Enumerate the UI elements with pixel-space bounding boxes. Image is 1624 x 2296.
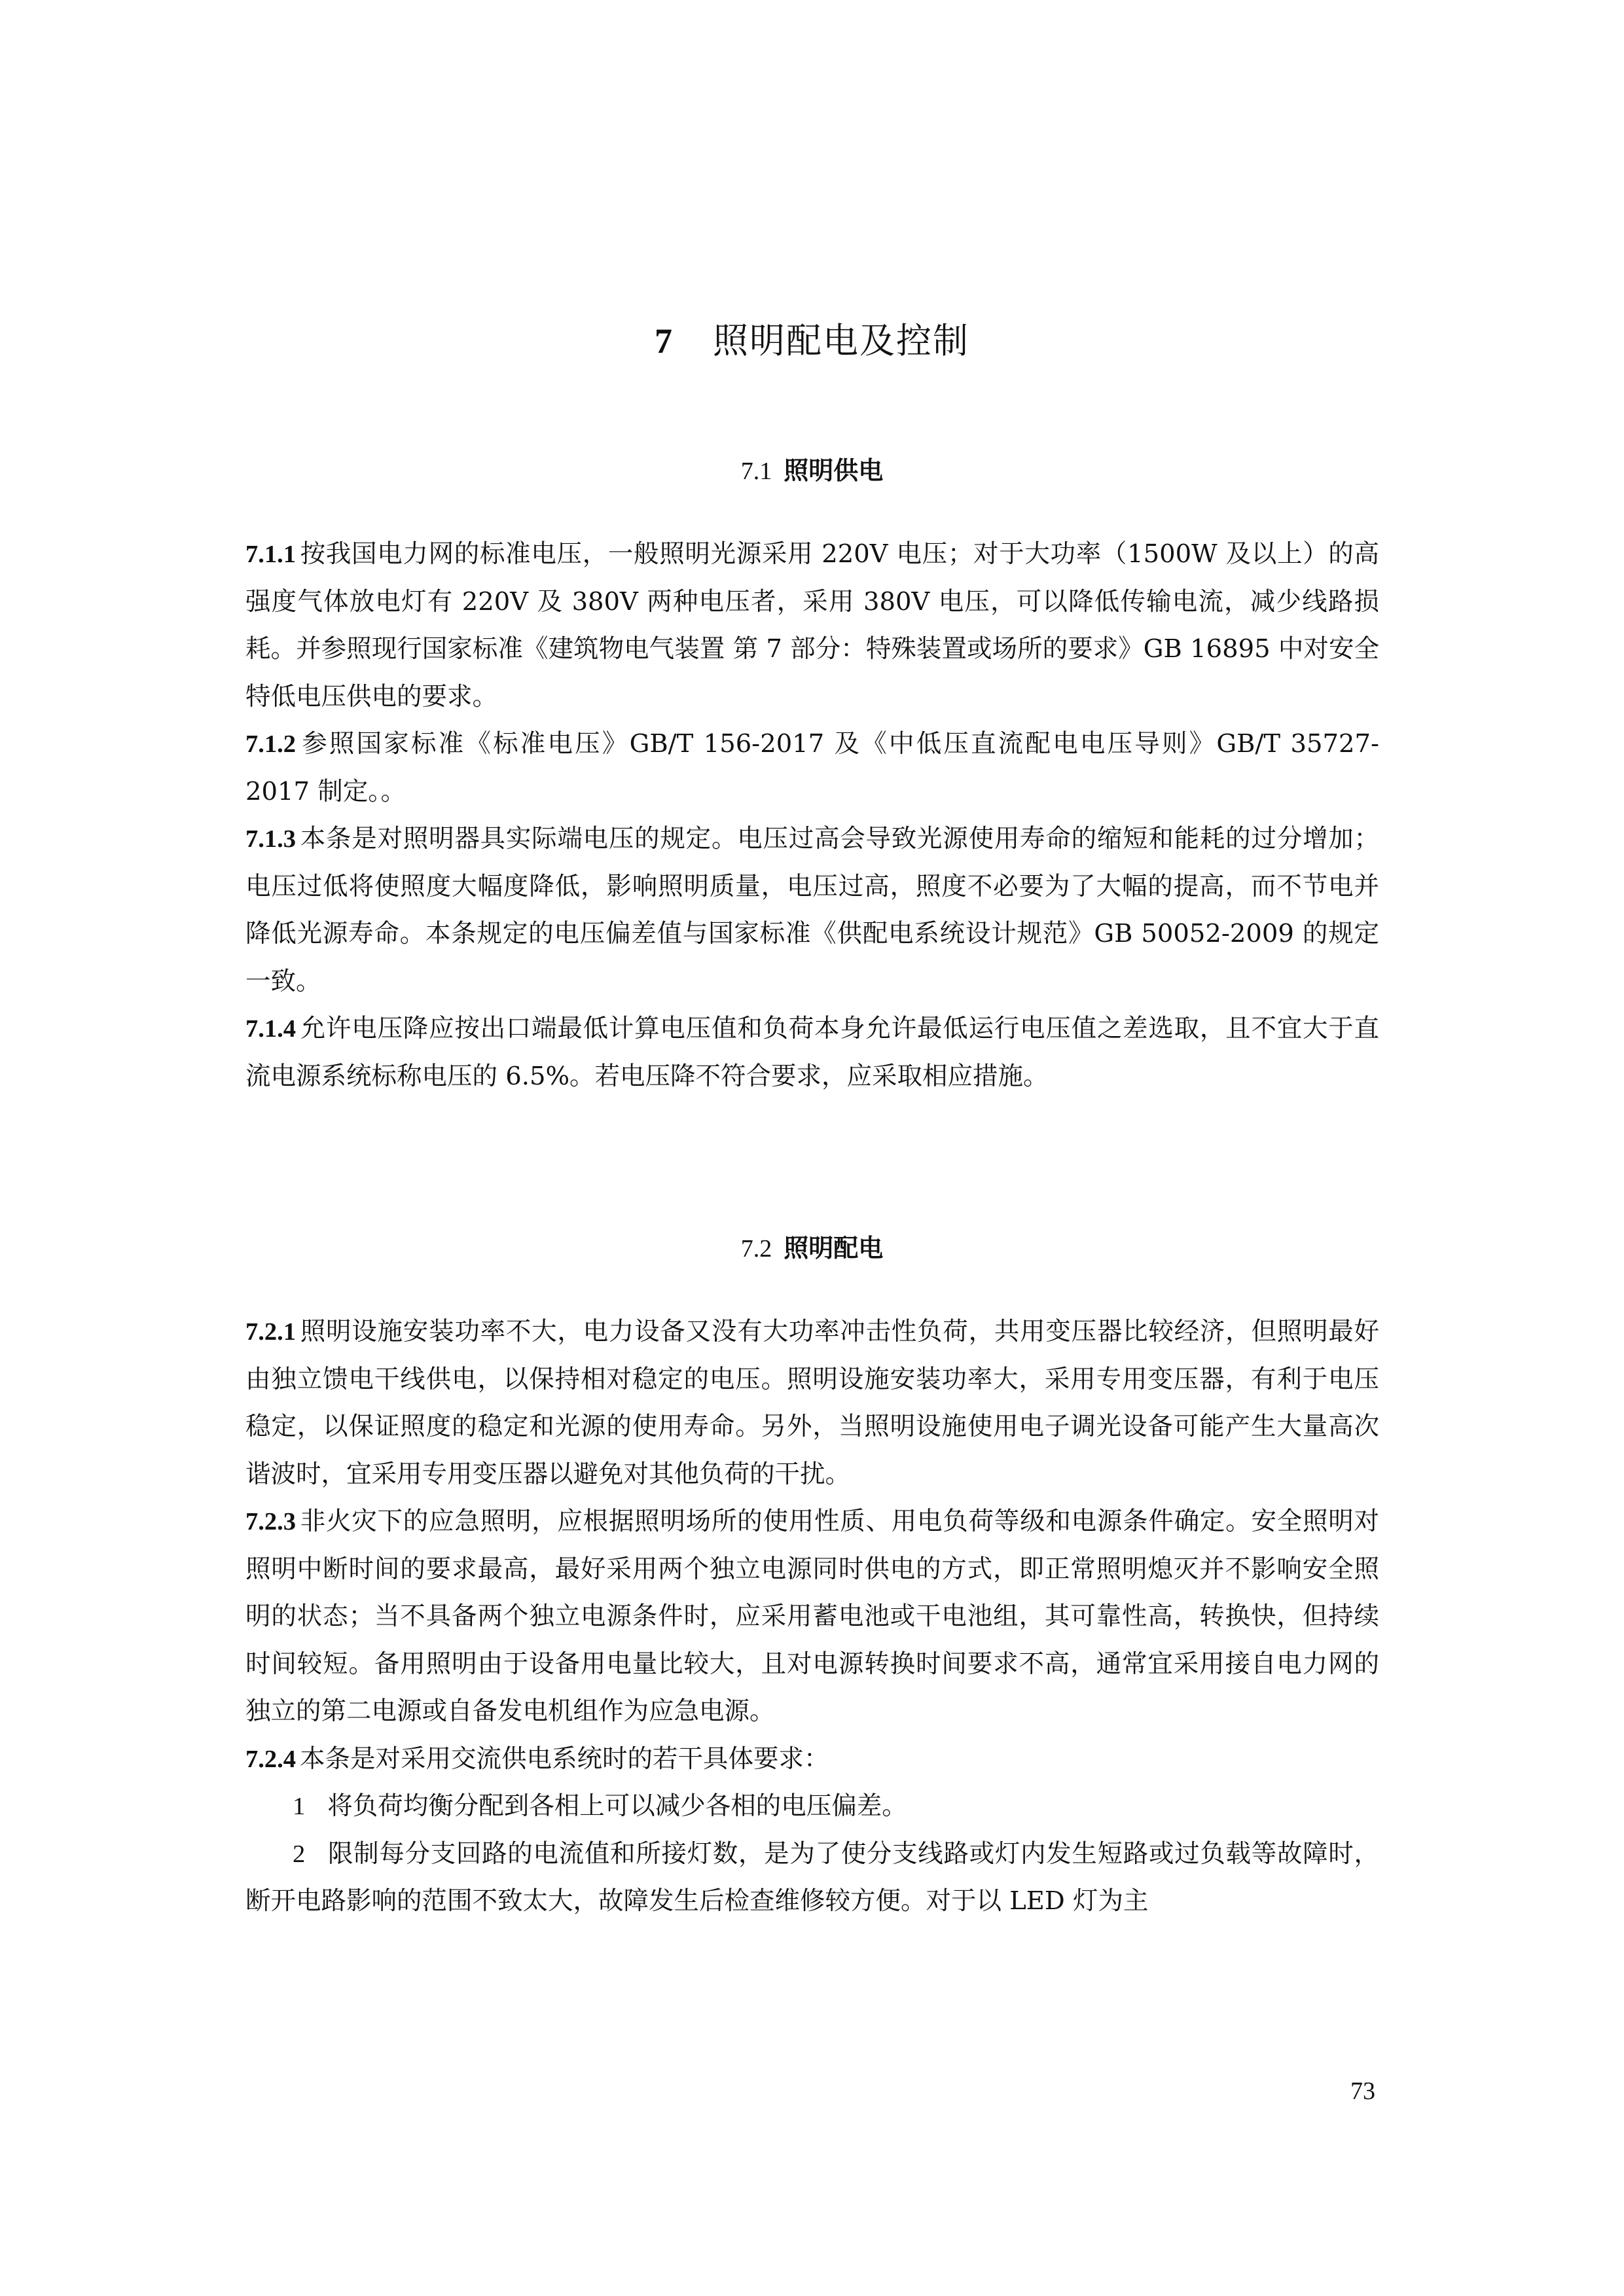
section-number: 7.2 xyxy=(741,1235,772,1263)
section-title-text: 照明配电 xyxy=(784,1234,883,1263)
chapter-title-text: 照明配电及控制 xyxy=(713,320,969,361)
clause-7-2-4-item-1: 1将负荷均衡分配到各相上可以减少各相的电压偏差。 xyxy=(245,1783,1379,1831)
clause-number: 7.1.3 xyxy=(245,825,296,853)
section-body-7-2: 7.2.1照明设施安装功率不大，电力设备又没有大功率冲击性负荷，共用变压器比较经… xyxy=(245,1308,1379,1926)
section-title-text: 照明供电 xyxy=(784,456,883,485)
clause-number: 7.2.3 xyxy=(245,1508,296,1535)
clause-7-2-4-item-2: 2限制每分支回路的电流值和所接灯数，是为了使分支线路或灯内发生短路或过负载等故障… xyxy=(245,1831,1379,1926)
section-body-7-1: 7.1.1按我国电力网的标准电压，一般照明光源采用 220V 电压；对于大功率（… xyxy=(245,531,1379,1100)
item-text: 限制每分支回路的电流值和所接灯数，是为了使分支线路或灯内发生短路或过负载等故障时… xyxy=(245,1839,1379,1916)
item-number: 1 xyxy=(293,1793,305,1820)
chapter-title: 7照明配电及控制 xyxy=(0,313,1624,363)
clause-number: 7.1.1 xyxy=(245,541,296,568)
clause-7-1-1: 7.1.1按我国电力网的标准电压，一般照明光源采用 220V 电压；对于大功率（… xyxy=(245,531,1379,721)
clause-number: 7.1.4 xyxy=(245,1015,296,1043)
section-title-7-1: 7.1照明供电 xyxy=(0,450,1624,486)
section-number: 7.1 xyxy=(741,457,772,485)
item-number: 2 xyxy=(293,1840,305,1868)
clause-number: 7.2.1 xyxy=(245,1318,296,1346)
clause-text: 本条是对采用交流供电系统时的若干具体要求： xyxy=(300,1744,829,1774)
chapter-number: 7 xyxy=(655,321,674,361)
clause-text: 按我国电力网的标准电压，一般照明光源采用 220V 电压；对于大功率（1500W… xyxy=(245,539,1379,711)
clause-7-2-4: 7.2.4本条是对采用交流供电系统时的若干具体要求： xyxy=(245,1736,1379,1784)
clause-number: 7.1.2 xyxy=(245,730,296,758)
page-number: 73 xyxy=(1350,2077,1375,2106)
clause-text: 本条是对照明器具实际端电压的规定。电压过高会导致光源使用寿命的缩短和能耗的过分增… xyxy=(245,824,1379,996)
clause-7-2-1: 7.2.1照明设施安装功率不大，电力设备又没有大功率冲击性负荷，共用变压器比较经… xyxy=(245,1308,1379,1498)
item-text: 将负荷均衡分配到各相上可以减少各相的电压偏差。 xyxy=(327,1791,907,1821)
clause-number: 7.2.4 xyxy=(245,1746,296,1773)
document-page: 7照明配电及控制 7.1照明供电 7.1.1按我国电力网的标准电压，一般照明光源… xyxy=(0,0,1624,2296)
clause-text: 非火灾下的应急照明，应根据照明场所的使用性质、用电负荷等级和电源条件确定。安全照… xyxy=(245,1507,1379,1726)
clause-7-2-3: 7.2.3非火灾下的应急照明，应根据照明场所的使用性质、用电负荷等级和电源条件确… xyxy=(245,1498,1379,1736)
clause-text: 照明设施安装功率不大，电力设备又没有大功率冲击性负荷，共用变压器比较经济，但照明… xyxy=(245,1317,1379,1489)
clause-7-1-3: 7.1.3本条是对照明器具实际端电压的规定。电压过高会导致光源使用寿命的缩短和能… xyxy=(245,816,1379,1005)
clause-text: 允许电压降应按出口端最低计算电压值和负荷本身允许最低运行电压值之差选取，且不宜大… xyxy=(245,1014,1379,1091)
section-title-7-2: 7.2照明配电 xyxy=(0,1228,1624,1264)
clause-text: 参照国家标准《标准电压》GB/T 156-2017 及《中低压直流配电电压导则》… xyxy=(245,729,1379,806)
clause-7-1-4: 7.1.4允许电压降应按出口端最低计算电压值和负荷本身允许最低运行电压值之差选取… xyxy=(245,1005,1379,1100)
clause-7-1-2: 7.1.2参照国家标准《标准电压》GB/T 156-2017 及《中低压直流配电… xyxy=(245,721,1379,816)
